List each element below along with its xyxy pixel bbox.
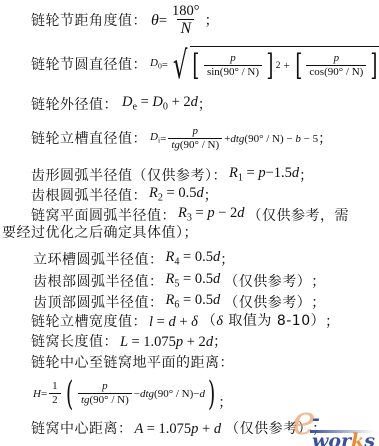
label-groove-width: 链轮立槽宽度值： (31, 313, 147, 331)
fraction-one-half: 1 2 (49, 381, 61, 406)
semicolon: ； (325, 313, 340, 331)
line-center-to-pocket-label: 链轮中心至链窝地平面的距离： (31, 354, 234, 372)
line-pitch-diameter: 链轮节圆直径值： D0 = √ [ p sin(90° / N) ]2 + [ … (31, 46, 379, 84)
symbol-di: Di (150, 128, 160, 150)
delta-note: （δ 取值为 8-10） (202, 312, 325, 331)
radicand: [ p sin(90° / N) ]2 + [ p cos(90° / N) ]… (190, 46, 379, 84)
semicolon: ； (311, 273, 326, 291)
formula-groove-rest: +dtg(90° / N) − b − 5 (224, 130, 318, 148)
semicolon: ； (213, 333, 228, 351)
line-outer-diameter: 链轮外径值： De = D0 + 2d ； (31, 93, 212, 117)
denominator: N (177, 19, 194, 38)
line-pocket-arc-continuation: 要经过优化之后确定具体值）； (2, 224, 198, 242)
formula-r4: R4 = 0.5d (166, 248, 221, 272)
symbol-theta: θ (151, 12, 159, 30)
label-groove-diameter: 链轮立槽直径值： (31, 130, 147, 148)
reference-note: （仅供参考，需 (248, 207, 350, 225)
semicolon: ； (299, 167, 314, 185)
label-pocket-arc-radius: 链窝平面圆弧半径值： (31, 207, 176, 225)
line-groove-diameter: 链轮立槽直径值： Di = p tg(90° / N) +dtg(90° / N… (31, 124, 333, 154)
label-center-to-pocket: 链轮中心至链窝地平面的距离： (31, 354, 234, 372)
label-ring-groove-radius: 立环槽圆弧半径值： (33, 251, 164, 269)
formula-r5: R5 = 0.5d (166, 270, 221, 294)
label-pitch-diameter: 链轮节圆直径值： (31, 56, 147, 74)
semicolon: ； (218, 394, 233, 412)
line-pocket-length: 链窝长度值： L = 1.075p + 2d ； (31, 333, 228, 351)
radical-sign: √ (173, 46, 188, 84)
reference-note: （仅供参考） (224, 273, 311, 291)
fraction-p-over-tg: p tg(90° / N) (78, 381, 132, 406)
label-tip-part-radius: 齿顶部圆弧半径值： (33, 294, 164, 312)
formula-outer-diameter: De = D0 + 2d (122, 93, 198, 117)
label-outer-diameter: 链轮外径值： (31, 96, 118, 114)
label-tooth-arc-radius: 齿形圆弧半径值（仅供参考）： (31, 167, 227, 185)
fraction-p-over-cos: p cos(90° / N) (306, 53, 366, 78)
formula-h-rest: −dtg(90° / N)−d (134, 385, 205, 403)
watermark-underline (310, 430, 374, 433)
label-pitch-angle: 链轮节距角度值： (31, 12, 147, 30)
semicolon: ； (318, 130, 333, 148)
eworks-watermark-logo: e -works (292, 402, 378, 442)
fraction-p-over-sin: p sin(90° / N) (204, 53, 262, 78)
watermark-text: -works (312, 408, 378, 446)
line-groove-width: 链轮立槽宽度值： l = d + δ （δ 取值为 8-10） ； (31, 312, 340, 331)
formula-pocket-length: L = 1.075p + 2d (120, 333, 213, 351)
fraction-p-over-tg: p tg(90° / N) (168, 126, 222, 151)
equals-sign: = (159, 12, 167, 30)
label-root-arc-radius: 齿根圆弧半径值： (31, 187, 147, 205)
semicolon: ； (311, 294, 326, 312)
reference-note: （仅供参考） (224, 294, 311, 312)
label-pocket-center-distance: 链窝中心距离： (31, 420, 133, 438)
formula-groove-width: l = d + δ (149, 313, 198, 331)
line-center-to-pocket-formula: H = 1 2 ( p tg(90° / N) −dtg(90° / N)−d … (33, 376, 233, 412)
semicolon: ； (198, 96, 213, 114)
line-root-part-radius: 齿根部圆弧半径值： R5 = 0.5d （仅供参考） ； (33, 270, 326, 294)
square-root: √ [ p sin(90° / N) ]2 + [ p cos(90° / N)… (168, 46, 379, 84)
semicolon: ； (204, 187, 219, 205)
fraction-180-over-n: 180° N (169, 4, 203, 39)
line-tip-part-radius: 齿顶部圆弧半径值： R6 = 0.5d （仅供参考） ； (33, 291, 326, 315)
symbol-d0: D0 (150, 54, 162, 76)
numerator: 180° (169, 4, 203, 19)
label-root-part-radius: 齿根部圆弧半径值： (33, 273, 164, 291)
line-pitch-angle: 链轮节距角度值： θ = 180° N ； (31, 4, 219, 39)
line-pocket-center-distance: 链窝中心距离： A = 1.075p + d （仅供参考） ； (31, 420, 327, 438)
continuation-text: 要经过优化之后确定具体值）； (2, 224, 198, 242)
semicolon: ； (220, 251, 235, 269)
semicolon: ； (205, 12, 220, 30)
formula-r1: R1 = p−1.5d (229, 164, 299, 188)
label-pocket-length: 链窝长度值： (31, 333, 118, 351)
formula-a: A = 1.075p + d (135, 420, 222, 438)
symbol-h: H (33, 385, 41, 403)
line-ring-groove-radius: 立环槽圆弧半径值： R4 = 0.5d ； (33, 248, 235, 272)
formula-r6: R6 = 0.5d (166, 291, 221, 315)
